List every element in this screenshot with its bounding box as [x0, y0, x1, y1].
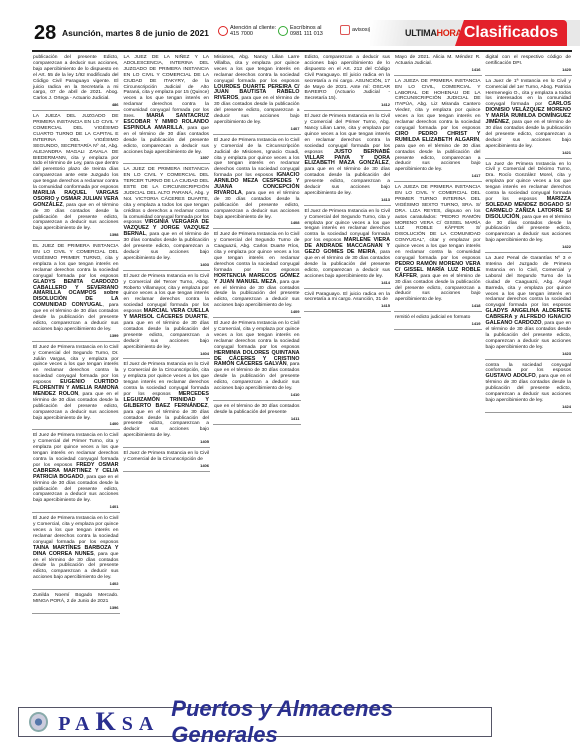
- notice-code: 1396: [33, 605, 119, 611]
- notice-text: El Juez de Primera Instancia en lo Civil…: [214, 232, 300, 272]
- page-number: 28: [34, 22, 56, 45]
- notice-text: Edicto, comparezcan a deducir sus accion…: [305, 55, 391, 101]
- legal-notice: remitió el edicto judicial en formato141…: [394, 314, 482, 330]
- legal-notice: LA JUEZA DE PRIMERA INSTANCIA EN LO CIVI…: [394, 78, 482, 182]
- legal-notice: Civil Paraguayo. El juicio radica en la …: [304, 291, 392, 313]
- notice-text: El Juez de Primera Instancia en lo Civil…: [214, 321, 300, 350]
- contact-value: 415 7000: [230, 31, 253, 37]
- notice-code: 1414: [305, 280, 391, 286]
- notice-code: 1400: [33, 421, 119, 427]
- notice-names: TAINA MARTÍNES BARBOZA Y DINA CORREA NUN…: [33, 545, 119, 557]
- paksa-tagline: Puertos y Almacenes Generales: [171, 696, 491, 748]
- notice-code: 1406: [124, 463, 210, 469]
- paksa-ad-banner: PAKSA Puertos y Almacenes Generales: [18, 707, 492, 737]
- legal-notice: Mayo de 2021. Alicia M. Méndez R. Actuar…: [394, 54, 482, 76]
- notice-text: publicación del presente Edicto, compare…: [33, 55, 119, 101]
- logo-hora: HORA: [437, 28, 462, 38]
- notice-text: que en el término de 30 días contados de…: [214, 404, 300, 415]
- logo-ultima: ULTIMA: [405, 28, 437, 38]
- notice-names: HORTENCIA MARECOS GÓMEZ Y JUAN MANUEL ME…: [214, 273, 300, 285]
- notice-text: LA JUEZA DEL JUZGADO DE PRIMERA INSTANCI…: [33, 114, 119, 190]
- notice-text: El Juez de Primera Instancia en lo Civil…: [124, 451, 210, 462]
- legal-notice: La Juez de Primera Instancia en lo Civil…: [485, 161, 573, 254]
- notice-code: 1424: [486, 404, 572, 410]
- notice-code: 1408: [214, 220, 300, 226]
- legal-notice: El Juez de Primera Instancia en lo Civil…: [304, 208, 392, 289]
- legal-notice: Edicto, comparezcan a deducir sus accion…: [304, 54, 392, 111]
- notice-code: 1417: [395, 173, 481, 179]
- notice-names: HERMINIA DOLORES QUINTANA DE CÁCERES Y C…: [214, 350, 300, 368]
- notice-text: Mayo de 2021. Alicia M. Méndez R. Actuar…: [395, 55, 481, 66]
- notice-code: 1398: [33, 232, 119, 238]
- legal-notice: que en el término de 30 días contados de…: [213, 403, 301, 425]
- notice-names: MARIÁ SANTACRUZ ESCOBAR Y NIMIO ROLANDO …: [124, 113, 210, 131]
- column-3: Misiones, Abg. Nancy Lilian Larre Villal…: [213, 54, 301, 692]
- legal-notice: El Juez de Primera Instancia en lo Civil…: [123, 450, 211, 472]
- legal-notice: El Juez de Primera Instancia en lo Civil…: [123, 273, 211, 360]
- legal-notice: El Juez de Primera Instancia en lo Civil…: [213, 137, 301, 230]
- notice-names: CIRO PEDRO CHRIST Y RUMILDA ELIZABETH AL…: [395, 131, 481, 143]
- paksa-brand: PAKSA: [58, 707, 159, 737]
- notice-text: digital con el respectivo código de cert…: [486, 55, 572, 66]
- legal-notice: digital con el respectivo código de cert…: [485, 54, 573, 76]
- notice-code: 486: [33, 102, 119, 108]
- notice-names: GLADYS BENITA CARDOZO CABALLERO Y SEVERI…: [33, 279, 119, 309]
- column-4: Edicto, comparezcan a deducir sus accion…: [304, 54, 392, 692]
- section-title: Clasificados: [455, 20, 567, 46]
- contact-value: 0981 111 013: [290, 31, 323, 37]
- legal-notice: Misiones, Abg. Nancy Lilian Larre Villal…: [213, 54, 301, 135]
- notice-code: 1413: [305, 197, 391, 203]
- legal-notice: El Juez de Primera Instancia en lo Civil…: [213, 231, 301, 318]
- notice-code: 1418: [395, 303, 481, 309]
- legal-notice: contra la sociedad conyugal conformada p…: [485, 362, 573, 413]
- ultimahora-logo: ULTIMAHORA: [405, 28, 462, 38]
- column-6: digital con el respectivo código de cert…: [485, 54, 573, 692]
- column-5: Mayo de 2021. Alicia M. Méndez R. Actuar…: [394, 54, 482, 692]
- legal-notice: LA JUEZA DE PRIMERA INSTANCIA EN LO CIVI…: [394, 184, 482, 312]
- header-rule: [32, 50, 572, 52]
- notice-text: remitió el edicto judicial en formato: [395, 315, 470, 320]
- legal-notice: LA JUEZ DE PRIMERA INSTANCIA EN LO CIVIL…: [123, 166, 211, 270]
- contact-phone: Atención al cliente:415 7000: [218, 25, 276, 37]
- page-header: 28 Asunción, martes 8 de junio de 2021 A…: [0, 20, 580, 48]
- notice-code: 1410: [214, 392, 300, 398]
- dateline: Asunción, martes 8 de junio de 2021: [62, 28, 209, 38]
- classifieds-columns: publicación del presente Edicto, compare…: [32, 54, 572, 692]
- notice-text: LA JUEZ DE PRIMERA INSTANCIA EN LO CIVIL…: [124, 167, 210, 225]
- notice-text: LA JUEZA DE PRIMERA INSTANCIA EN LO CIVI…: [395, 79, 481, 131]
- notice-code: 1401: [33, 504, 119, 510]
- notice-text: contra la sociedad conyugal conformada p…: [486, 363, 572, 374]
- legal-notice: EL JUEZ DE PRIMERA INSTANCIA EN LO CIVIL…: [32, 243, 120, 342]
- notice-names: LOURDES DUARTE PEREIRA C/ JUAN BAUTISTA …: [214, 84, 300, 102]
- notice-text: LA JUEZA DE PRIMERA INSTANCIA EN LO CIVI…: [395, 185, 481, 261]
- legal-notice: LA JUEZ DE LA NIÑEZ Y LA ADOLESCENCIA, I…: [123, 54, 211, 164]
- paksa-seal-icon: [29, 712, 48, 732]
- notice-text: La Juez Penal de Garantías Nº 3 e Interi…: [486, 256, 572, 308]
- legal-notice: La Juez Penal de Garantías Nº 3 e Interi…: [485, 255, 573, 359]
- column-2: LA JUEZ DE LA NIÑEZ Y LA ADOLESCENCIA, I…: [123, 54, 211, 692]
- legal-notice: El Juez de Primera Instancia en lo Civil…: [32, 515, 120, 590]
- notice-code: 1404: [124, 351, 210, 357]
- notice-code: 1407: [214, 126, 300, 132]
- notice-code: 1415: [305, 303, 391, 309]
- notice-code: 1409: [214, 309, 300, 315]
- notice-text: Misiones, Abg. Nancy Lilian Larre Villal…: [214, 55, 300, 84]
- notice-names: MARILIA RAQUEL VARGAS OSORIO y OSMAR JUL…: [33, 190, 119, 208]
- legal-notice: publicación del presente Edicto, compare…: [32, 54, 120, 111]
- notice-code: 1405: [124, 439, 210, 445]
- notice-code: 1402: [33, 581, 119, 587]
- notice-code: 1419: [395, 321, 481, 327]
- notice-names: GLADYS ANGELINA ALDERETE CABRERA y ALFRE…: [486, 308, 572, 326]
- phone-icon: [218, 26, 228, 36]
- notice-text: LA JUEZ DE LA NIÑEZ Y LA ADOLESCENCIA, I…: [124, 55, 210, 119]
- notice-code: 1403: [124, 262, 210, 268]
- notice-code: 1397: [124, 155, 210, 161]
- legal-notice: El Juez de Primera Instancia en lo Civil…: [304, 113, 392, 206]
- legal-notice: El Juez de Primera Instancia en lo Civil…: [123, 361, 211, 448]
- notice-names: GUSTAVO ADOLFO: [486, 373, 536, 379]
- legal-notice: El Juez de Primera Instancia en lo Civil…: [32, 344, 120, 431]
- notice-text: Zunilda Noemí Bogado Mercado. MINGA PORÁ…: [33, 593, 119, 604]
- whatsapp-icon: [278, 26, 288, 36]
- legal-notice: Zunilda Noemí Bogado Mercado. MINGA PORÁ…: [32, 592, 120, 614]
- notice-code: 1399: [33, 333, 119, 339]
- notice-text: Civil Paraguayo. El juicio radica en la …: [305, 292, 391, 303]
- notice-text: El Juez de Primera Instancia en lo Civil…: [33, 516, 119, 545]
- notice-code: 1411: [214, 416, 300, 422]
- notice-code: 1423: [486, 351, 572, 357]
- contact-whatsapp: Escríbinos al0981 111 013: [278, 25, 323, 37]
- notice-code: 1412: [305, 102, 391, 108]
- notice-code: 1420: [486, 67, 572, 73]
- legal-notice: La Juez de 1ª Instancia en lo Civil y Co…: [485, 78, 573, 159]
- legal-notice: El Juez de Primera Instancia en lo Civil…: [213, 320, 301, 401]
- legal-notice: El Juez de Primera Instancia en lo Civil…: [32, 432, 120, 513]
- notice-code: 1421: [486, 150, 572, 156]
- mail-icon: [340, 25, 350, 35]
- notice-code: 1416: [395, 67, 481, 73]
- column-1: publicación del presente Edicto, compare…: [32, 54, 120, 692]
- notice-text: EL JUEZ DE PRIMERA INSTANCIA EN LO CIVIL…: [33, 244, 119, 279]
- notice-names: PEDRO RAMÓN MORENO VERA C/ GISSEL MARÍA …: [395, 261, 481, 279]
- legal-notice: LA JUEZA DEL JUZGADO DE PRIMERA INSTANCI…: [32, 113, 120, 241]
- notice-code: 1422: [486, 244, 572, 250]
